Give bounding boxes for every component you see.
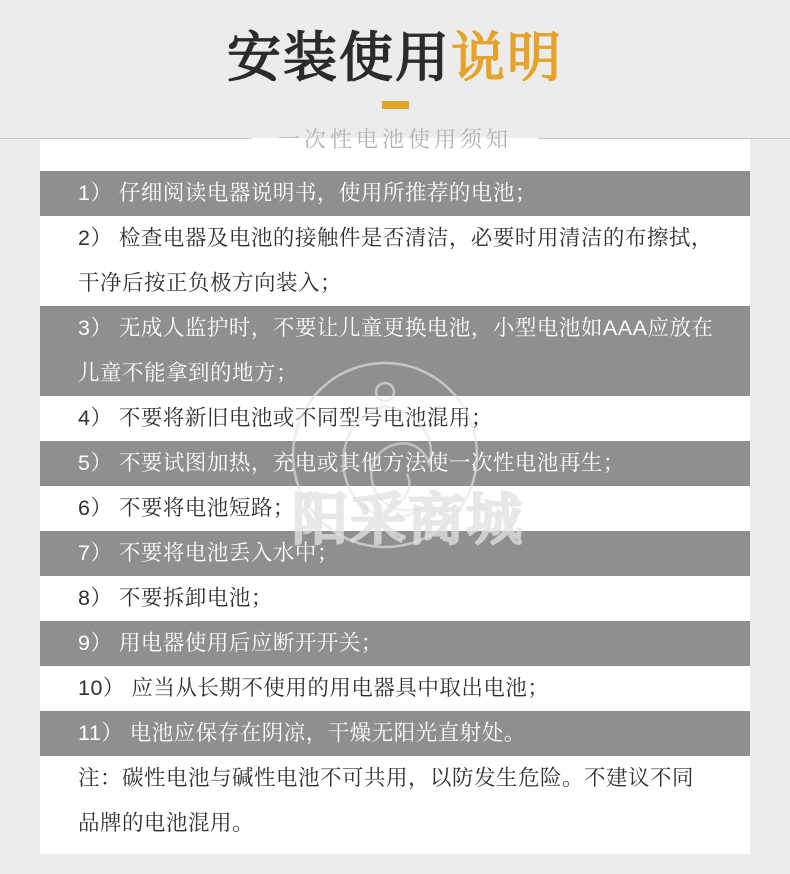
page-title: 安装使用说明: [0, 0, 790, 88]
instruction-row-3: 3） 无成人监护时，不要让儿童更换电池，小型电池如AAA应放在儿童不能拿到的地方…: [40, 306, 750, 396]
page-subtitle: 一次性电池使用须知: [252, 123, 538, 154]
instruction-row-5: 5） 不要试图加热，充电或其他方法使一次性电池再生；: [40, 441, 750, 486]
instruction-row-10: 10） 应当从长期不使用的用电器具中取出电池；: [40, 666, 750, 711]
instruction-row-6: 6） 不要将电池短路；: [40, 486, 750, 531]
note-row: 注：碳性电池与碱性电池不可共用，以防发生危险。不建议不同品牌的电池混用。: [40, 756, 750, 846]
subtitle-rule-left: [0, 138, 252, 139]
instruction-row-11: 11） 电池应保存在阴凉，干燥无阳光直射处。: [40, 711, 750, 756]
instruction-row-2: 2） 检查电器及电池的接触件是否清洁，必要时用清洁的布擦拭，干净后按正负极方向装…: [40, 216, 750, 306]
page-title-accent: 说明: [451, 28, 563, 88]
page-title-dark: 安装使用: [227, 28, 451, 88]
subtitle-row: 一次性电池使用须知: [0, 123, 790, 154]
title-accent-dash: [382, 101, 409, 109]
instruction-row-1: 1） 仔细阅读电器说明书，使用所推荐的电池；: [40, 171, 750, 216]
page-header: 安装使用说明 一次性电池使用须知: [0, 0, 790, 138]
instruction-row-9: 9） 用电器使用后应断开开关；: [40, 621, 750, 666]
instruction-row-4: 4） 不要将新旧电池或不同型号电池混用；: [40, 396, 750, 441]
subtitle-rule-right: [538, 138, 790, 139]
instruction-row-7: 7） 不要将电池丢入水中；: [40, 531, 750, 576]
instruction-panel: 1） 仔细阅读电器说明书，使用所推荐的电池； 2） 检查电器及电池的接触件是否清…: [40, 138, 750, 854]
instruction-row-8: 8） 不要拆卸电池；: [40, 576, 750, 621]
